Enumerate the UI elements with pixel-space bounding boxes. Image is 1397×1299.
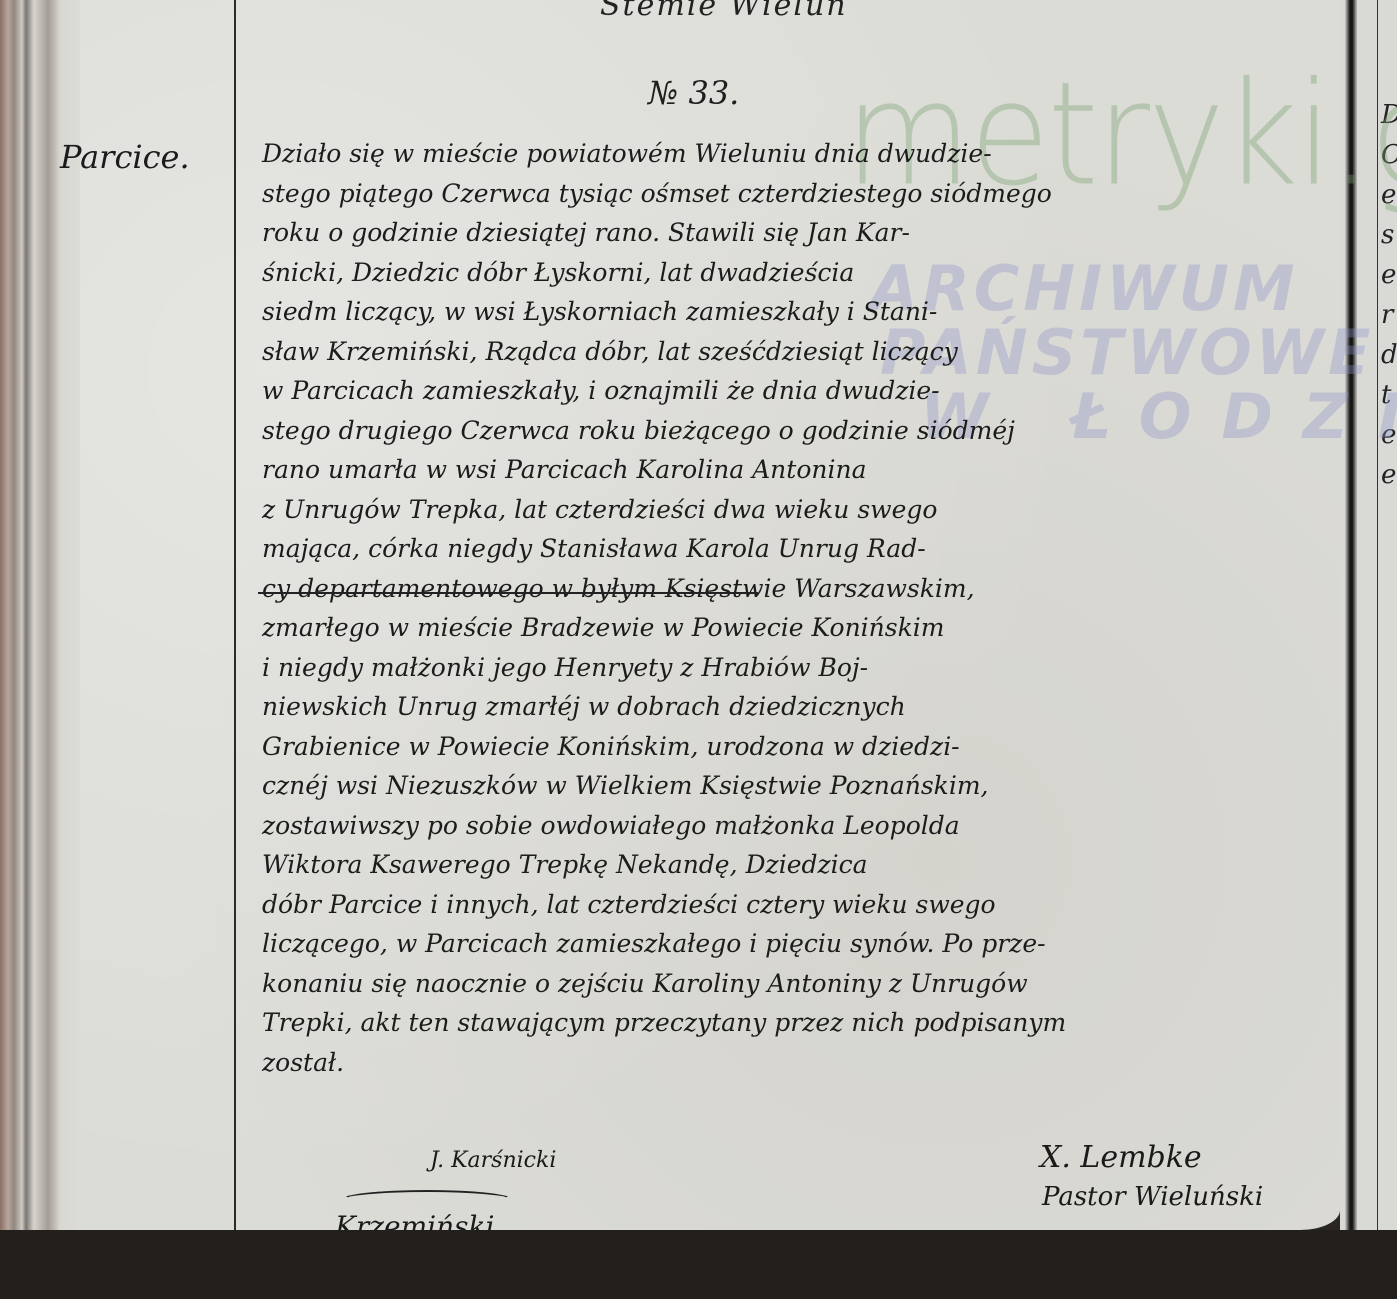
record-line: sław Krzemiński, Rządca dóbr, lat sześćd…: [262, 332, 1322, 372]
signature-priest: X. Lembke: [1040, 1140, 1202, 1175]
record-line: zmarłego w mieście Bradzewie w Powiecie …: [262, 608, 1322, 648]
record-line: Wiktora Ksawerego Trepkę Nekandę, Dziedz…: [262, 845, 1322, 885]
margin-rule: [234, 0, 236, 1260]
record-line: cy departamentowego w byłym Księstwie Wa…: [262, 569, 1322, 609]
record-line: Grabienice w Powiecie Konińskim, urodzon…: [262, 727, 1322, 767]
record-line: stego piątego Czerwca tysiąc ośmset czte…: [262, 174, 1322, 214]
record-line: dóbr Parcice i innych, lat czterdzieści …: [262, 885, 1322, 925]
book-page-edges: [0, 0, 80, 1230]
book-shadow: [0, 1230, 1397, 1299]
record-line: śnicki, Dziedzic dóbr Łyskorni, lat dwad…: [262, 253, 1322, 293]
record-line: zostawiwszy po sobie owdowiałego małżonk…: [262, 806, 1322, 846]
death-record-text: Działo się w mieście powiatowém Wieluniu…: [262, 134, 1322, 1082]
record-line: został.: [262, 1043, 1322, 1083]
record-line: cznéj wsi Niezuszków w Wielkiem Księstwi…: [262, 766, 1322, 806]
record-line: roku o godzinie dziesiątej rano. Stawili…: [262, 213, 1322, 253]
record-line: stego drugiego Czerwca roku bieżącego o …: [262, 411, 1322, 451]
record-line: liczącego, w Parcicach zamieszkałego i p…: [262, 924, 1322, 964]
record-line: Trepki, akt ten stawającym przeczytany p…: [262, 1003, 1322, 1043]
record-line: mająca, córka niegdy Stanisława Karola U…: [262, 529, 1322, 569]
record-line: w Parcicach zamieszkały, i oznajmili że …: [262, 371, 1322, 411]
name-underline: [258, 592, 758, 594]
margin-village-name: Parcice.: [60, 138, 190, 176]
signature-flourish: [340, 1190, 514, 1210]
record-line: konaniu się naocznie o zejściu Karoliny …: [262, 964, 1322, 1004]
signature-witness-1: J. Karśnicki: [430, 1148, 556, 1173]
record-line: Działo się w mieście powiatowém Wieluniu…: [262, 134, 1322, 174]
page-header-fragment: Stemie Wieluń: [600, 0, 848, 23]
record-line: siedm liczący, w wsi Łyskorniach zamiesz…: [262, 292, 1322, 332]
priest-title: Pastor Wieluński: [1042, 1182, 1263, 1212]
entry-number: № 33.: [648, 74, 739, 112]
record-line-deceased-name: rano umarła w wsi Parcicach Karolina Ant…: [262, 450, 1322, 490]
record-line: i niegdy małżonki jego Henryety z Hrabió…: [262, 648, 1322, 688]
record-line-deceased-surname: z Unrugów Trepka, lat czterdzieści dwa w…: [262, 490, 1322, 530]
record-line: niewskich Unrug zmarłéj w dobrach dziedz…: [262, 687, 1322, 727]
